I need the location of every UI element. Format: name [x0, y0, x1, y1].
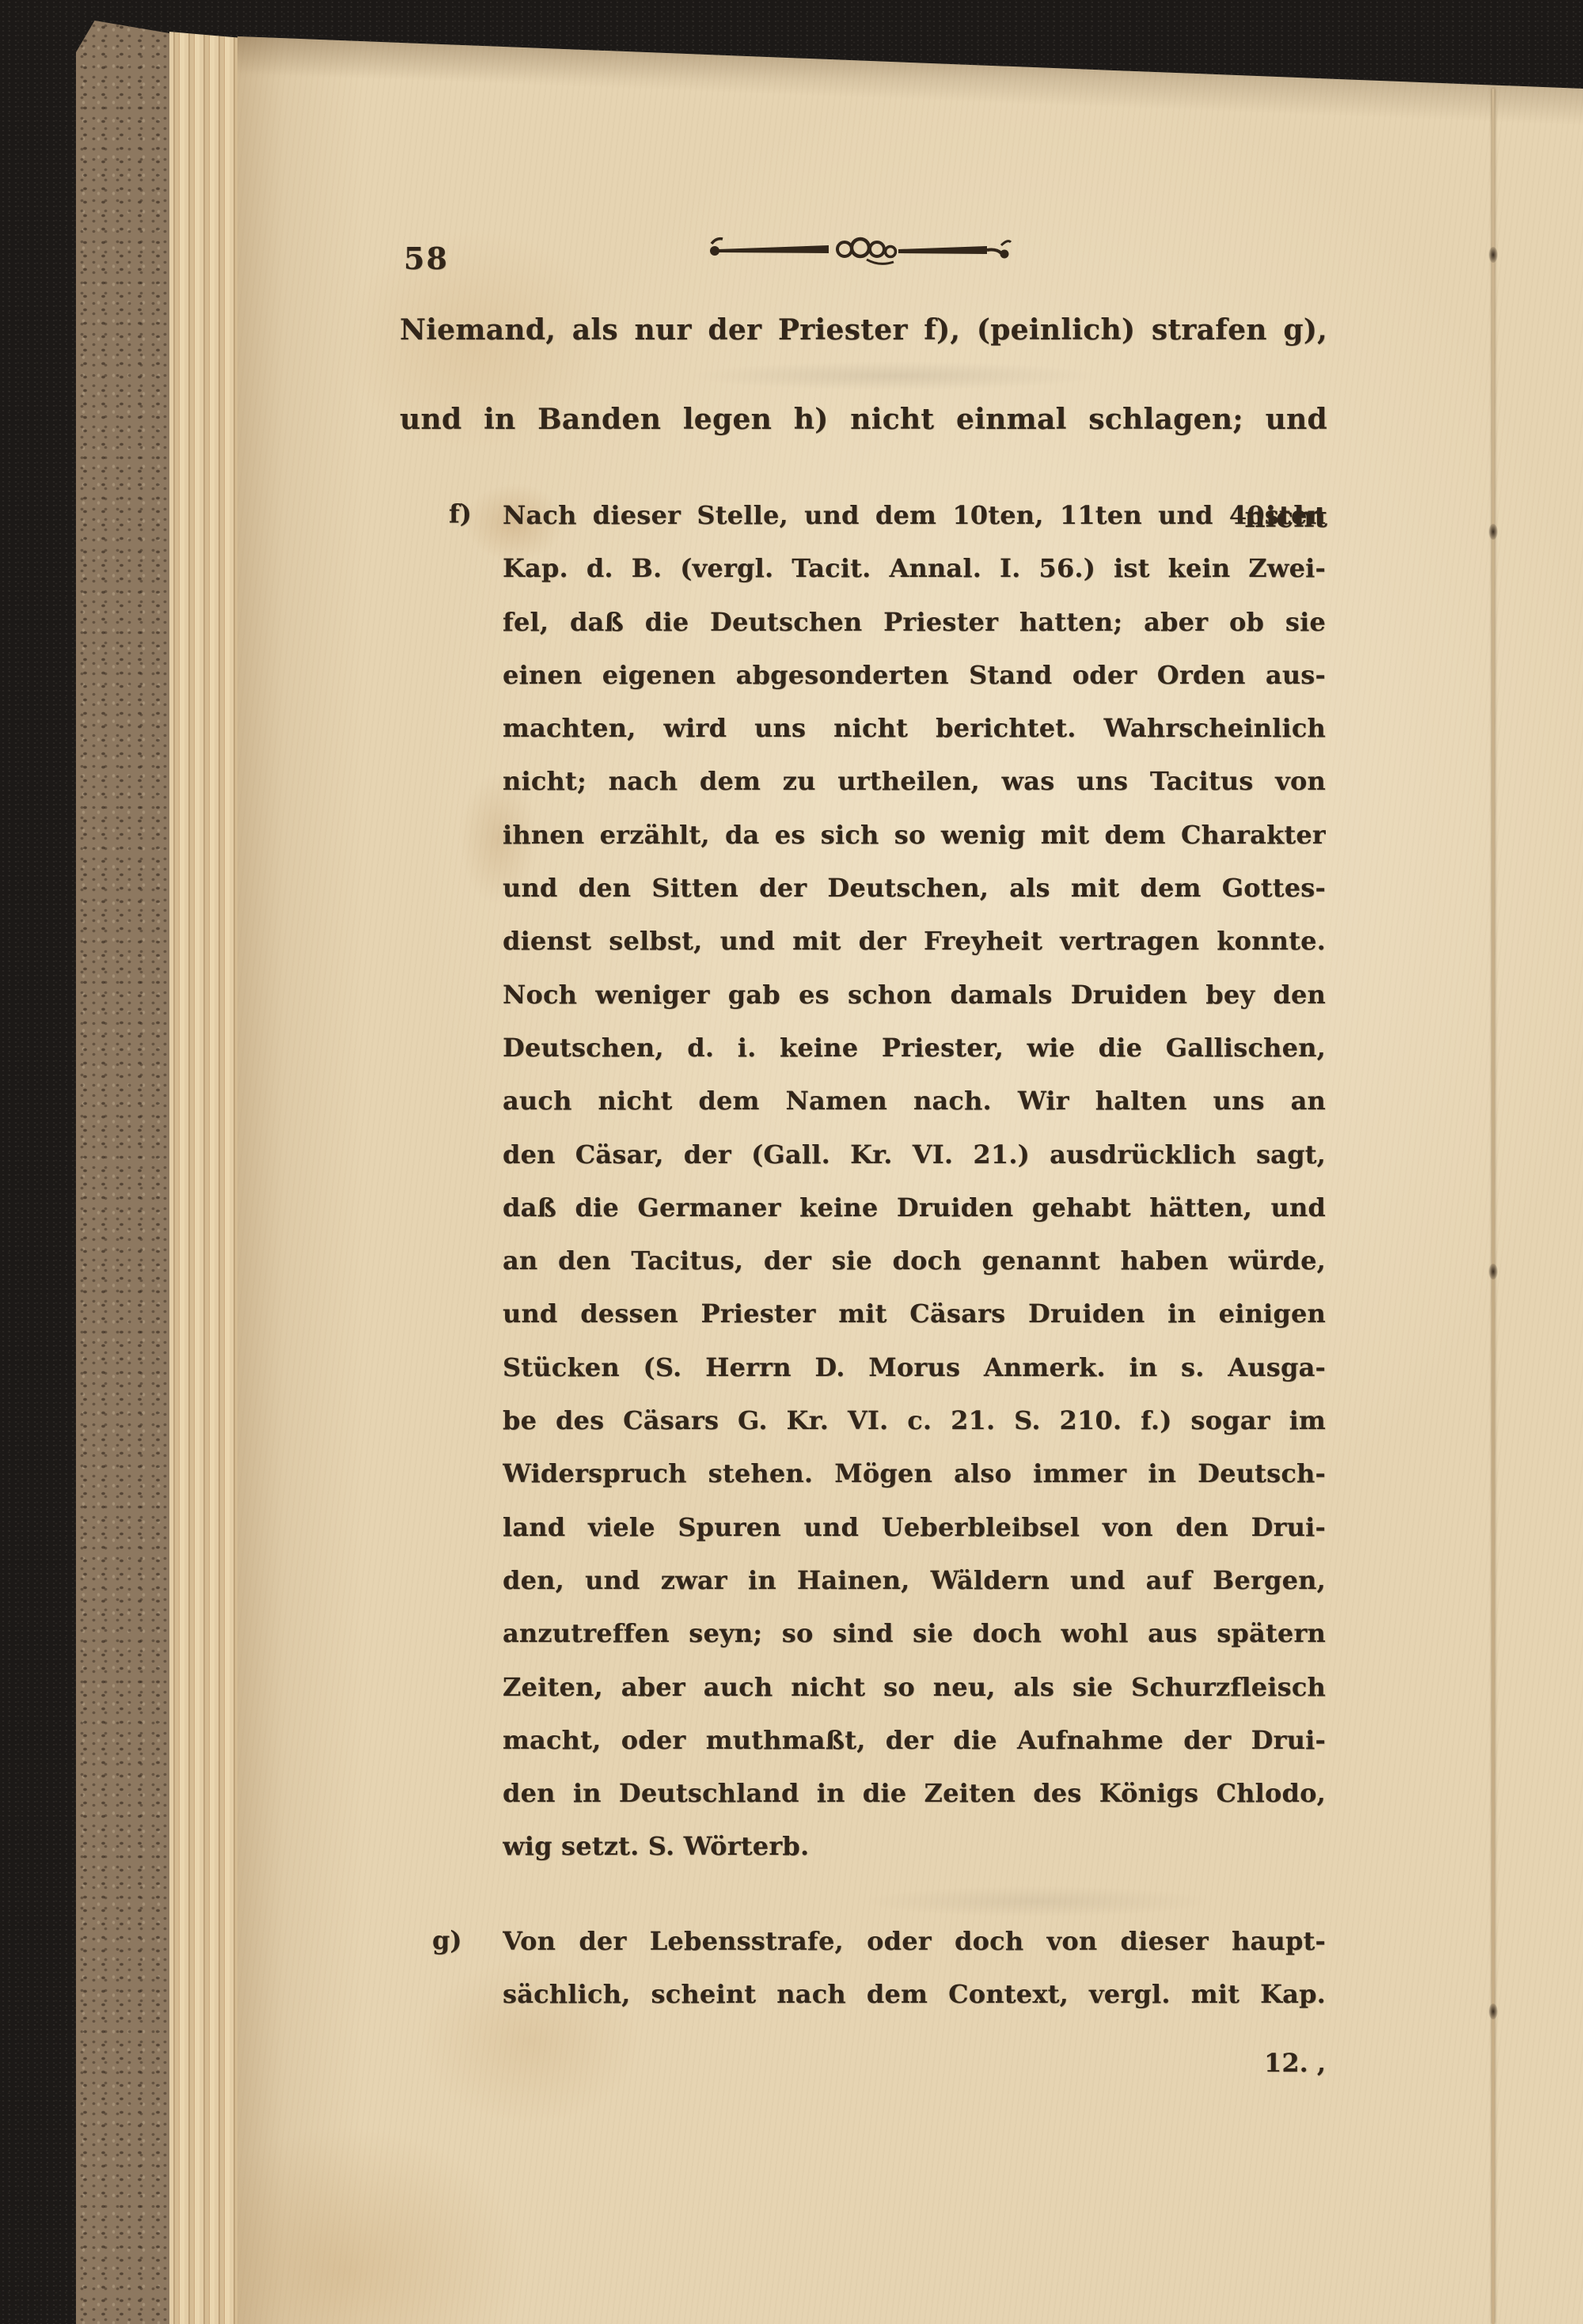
footnote-f-line: ihnen erzählt, da es sich so wenig mit d…: [503, 809, 1326, 862]
page-edge-stack: [169, 25, 242, 2324]
footnote-f-line: nicht; nach dem zu urtheilen, was uns Ta…: [503, 755, 1326, 808]
footnote-g-marker: g): [432, 1925, 462, 1955]
sewing-knot: [1489, 524, 1498, 540]
sewing-knot: [1489, 2004, 1498, 2019]
catchword-bottom: 12. ,: [503, 2048, 1326, 2078]
footnote-f-line: dienst selbst, und mit der Freyheit vert…: [503, 915, 1326, 968]
footnote-g-line: Von der Lebensstrafe, oder doch von dies…: [503, 1915, 1326, 1968]
footnote-f-line: Widerspruch stehen. Mögen also immer in …: [503, 1447, 1326, 1500]
book-cover-edge: [76, 21, 169, 2324]
book-photo: 58 Niemand, a: [0, 0, 1583, 2324]
footnote-f-line: daß die Germaner keine Druiden gehabt hä…: [503, 1181, 1326, 1234]
footnote-f-marker: f): [449, 499, 472, 529]
footnote-f-line: anzutreffen seyn; so sind sie doch wohl …: [503, 1607, 1326, 1660]
sewing-knot: [1489, 1264, 1498, 1280]
footnote-f-line: land viele Spuren und Ueberbleibsel von …: [503, 1501, 1326, 1554]
footnote-g: Von der Lebensstrafe, oder doch von dies…: [503, 1915, 1326, 2022]
section-ornament-icon: [706, 229, 1015, 271]
footnote-f-line: und den Sitten der Deutschen, als mit de…: [503, 862, 1326, 915]
footnote-f-line: den, und zwar in Hainen, Wäldern und auf…: [503, 1554, 1326, 1607]
footnote-f-line: Noch weniger gab es schon damals Druiden…: [503, 969, 1326, 1022]
footnote-f-line: fel, daß die Deutschen Priester hatten; …: [503, 596, 1326, 649]
footnote-f-line: den in Deutschland in die Zeiten des Kön…: [503, 1767, 1326, 1820]
footnote-f-line: wig setzt. S. Wörterb.: [503, 1820, 1326, 1873]
footnote-f-line: be des Cäsars G. Kr. VI. c. 21. S. 210. …: [503, 1394, 1326, 1447]
footnote-f-line: an den Tacitus, der sie doch genannt hab…: [503, 1234, 1326, 1287]
footnote-f-line: macht, oder muthmaßt, der die Aufnahme d…: [503, 1714, 1326, 1767]
footnote-f-line: Zeiten, aber auch nicht so neu, als sie …: [503, 1661, 1326, 1714]
footnote-f-line: einen eigenen abgesonderten Stand oder O…: [503, 649, 1326, 702]
footnote-f-line: Deutschen, d. i. keine Priester, wie die…: [503, 1022, 1326, 1075]
footnote-f: Nach dieser Stelle, und dem 10ten, 11ten…: [503, 489, 1326, 1874]
page-number: 58: [404, 241, 449, 276]
footnote-f-line: und dessen Priester mit Cäsars Druiden i…: [503, 1287, 1326, 1340]
footnote-f-line: Nach dieser Stelle, und dem 10ten, 11ten…: [503, 489, 1326, 542]
footnote-f-line: Stücken (S. Herrn D. Morus Anmerk. in s.…: [503, 1341, 1326, 1394]
footnote-f-line: auch nicht dem Namen nach. Wir halten un…: [503, 1075, 1326, 1128]
main-text-line: Niemand, als nur der Priester f), (peinl…: [400, 312, 1327, 401]
footnote-f-line: machten, wird uns nicht berichtet. Wahrs…: [503, 702, 1326, 755]
footnote-g-line: sächlich, scheint nach dem Context, verg…: [503, 1968, 1326, 2021]
footnote-f-line: den Cäsar, der (Gall. Kr. VI. 21.) ausdr…: [503, 1128, 1326, 1181]
sewing-knot: [1489, 247, 1498, 263]
book-page: 58 Niemand, a: [237, 0, 1583, 2324]
main-text-line: und in Banden legen h) nicht einmal schl…: [400, 401, 1327, 491]
page-crease: [1492, 89, 1494, 2324]
footnote-f-line: Kap. d. B. (vergl. Tacit. Annal. I. 56.)…: [503, 542, 1326, 595]
